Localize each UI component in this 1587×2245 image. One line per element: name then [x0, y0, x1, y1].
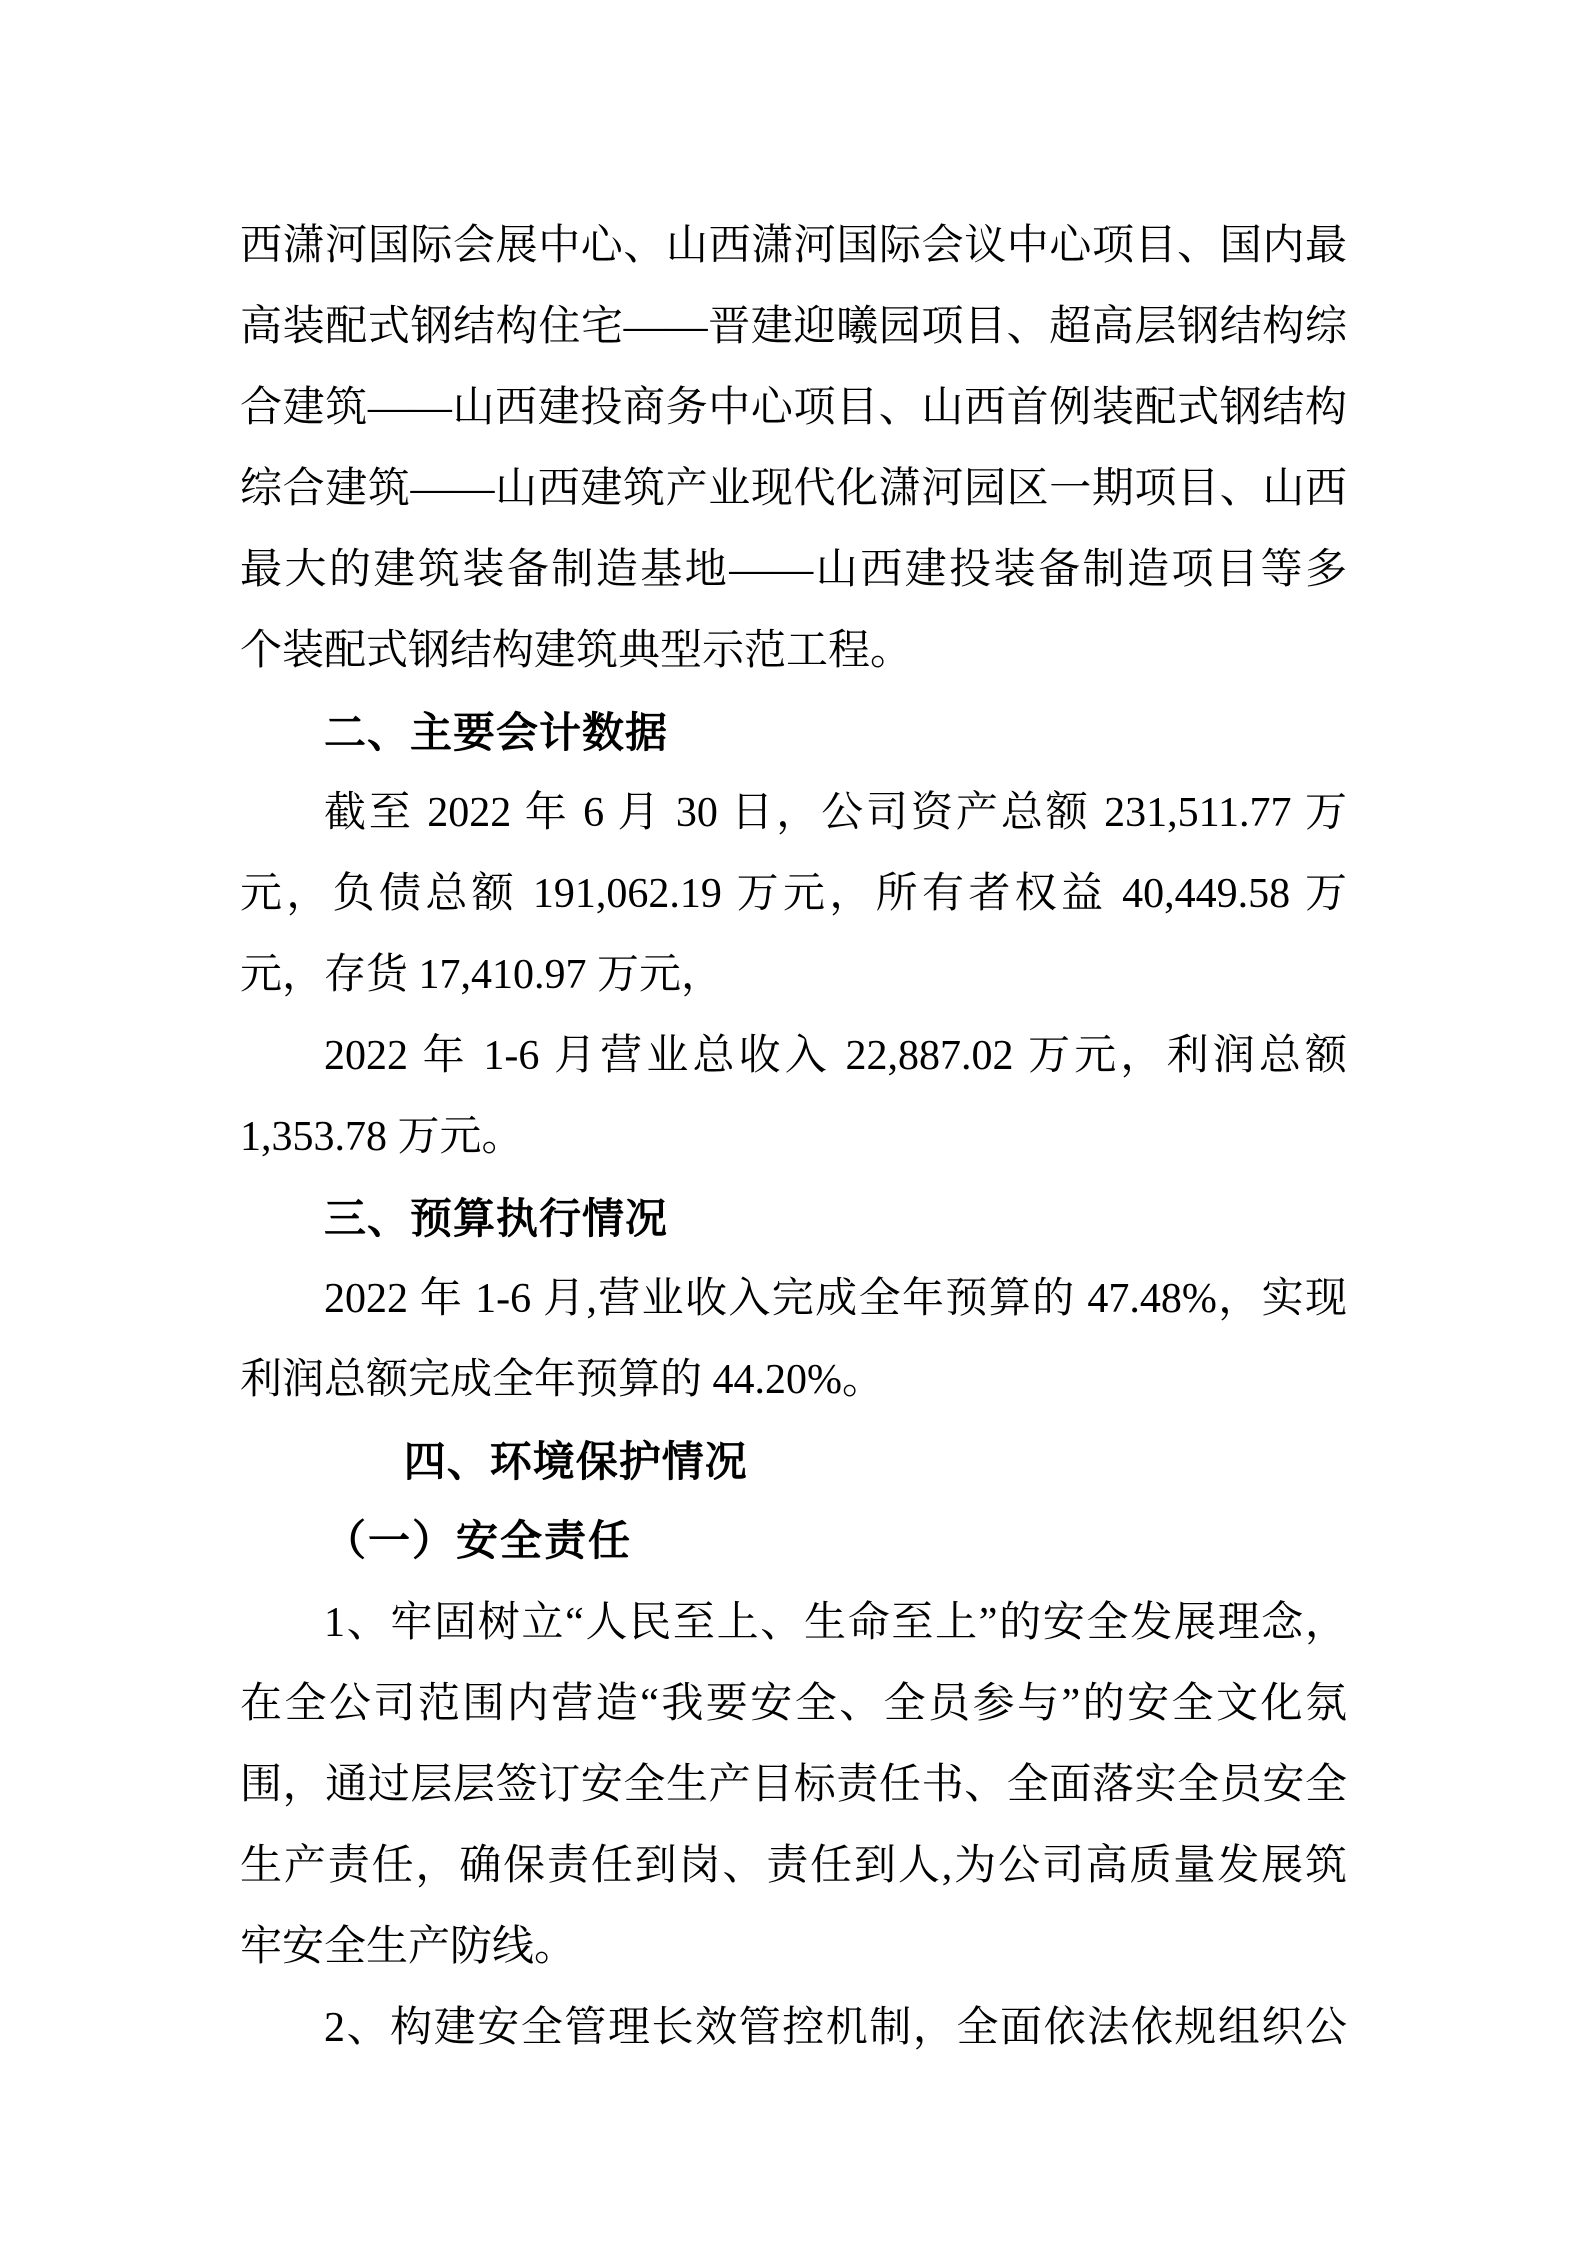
paragraph-line: 元，负债总额 191,062.19 万元，所有者权益 40,449.58 万	[240, 854, 1347, 935]
paragraph-end-line: 元，存货 17,410.97 万元，	[240, 935, 1347, 1016]
document-page: 西潇河国际会展中心、山西潇河国际会议中心项目、国内最 高装配式钢结构住宅——晋建…	[0, 0, 1587, 2245]
subheading-safety-responsibility: （一）安全责任	[240, 1502, 1347, 1583]
paragraph-continuation-line: 最大的建筑装备制造基地——山西建投装备制造项目等多	[240, 530, 1347, 611]
paragraph-continuation-line: 西潇河国际会展中心、山西潇河国际会议中心项目、国内最	[240, 206, 1347, 287]
paragraph-end-line: 个装配式钢结构建筑典型示范工程。	[240, 611, 1347, 692]
heading-section-3-budget-execution: 三、预算执行情况	[240, 1178, 1347, 1259]
paragraph-first-line: 1、牢固树立“人民至上、生命至上”的安全发展理念，	[240, 1583, 1347, 1664]
heading-section-4-environmental-protection: 四、环境保护情况	[240, 1421, 1347, 1502]
document-text-block: 西潇河国际会展中心、山西潇河国际会议中心项目、国内最 高装配式钢结构住宅——晋建…	[240, 206, 1347, 2069]
paragraph-end-line: 牢安全生产防线。	[240, 1907, 1347, 1988]
paragraph-continuation-line: 高装配式钢结构住宅——晋建迎曦园项目、超高层钢结构综	[240, 287, 1347, 368]
heading-section-2-accounting-data: 二、主要会计数据	[240, 692, 1347, 773]
paragraph-continuation-line: 合建筑——山西建投商务中心项目、山西首例装配式钢结构	[240, 368, 1347, 449]
paragraph-line: 在全公司范围内营造“我要安全、全员参与”的安全文化氛	[240, 1664, 1347, 1745]
paragraph-line: 围，通过层层签订安全生产目标责任书、全面落实全员安全	[240, 1745, 1347, 1826]
paragraph-first-line: 2022 年 1-6 月营业总收入 22,887.02 万元，利润总额	[240, 1016, 1347, 1097]
paragraph-line: 生产责任，确保责任到岗、责任到人,为公司高质量发展筑	[240, 1826, 1347, 1907]
paragraph-continuation-line: 综合建筑——山西建筑产业现代化潇河园区一期项目、山西	[240, 449, 1347, 530]
paragraph-first-line: 2、构建安全管理长效管控机制，全面依法依规组织公	[240, 1988, 1347, 2069]
paragraph-end-line: 1,353.78 万元。	[240, 1097, 1347, 1178]
paragraph-first-line: 2022 年 1-6 月,营业收入完成全年预算的 47.48%，实现	[240, 1259, 1347, 1340]
paragraph-end-line: 利润总额完成全年预算的 44.20%。	[240, 1340, 1347, 1421]
paragraph-first-line: 截至 2022 年 6 月 30 日，公司资产总额 231,511.77 万	[240, 773, 1347, 854]
